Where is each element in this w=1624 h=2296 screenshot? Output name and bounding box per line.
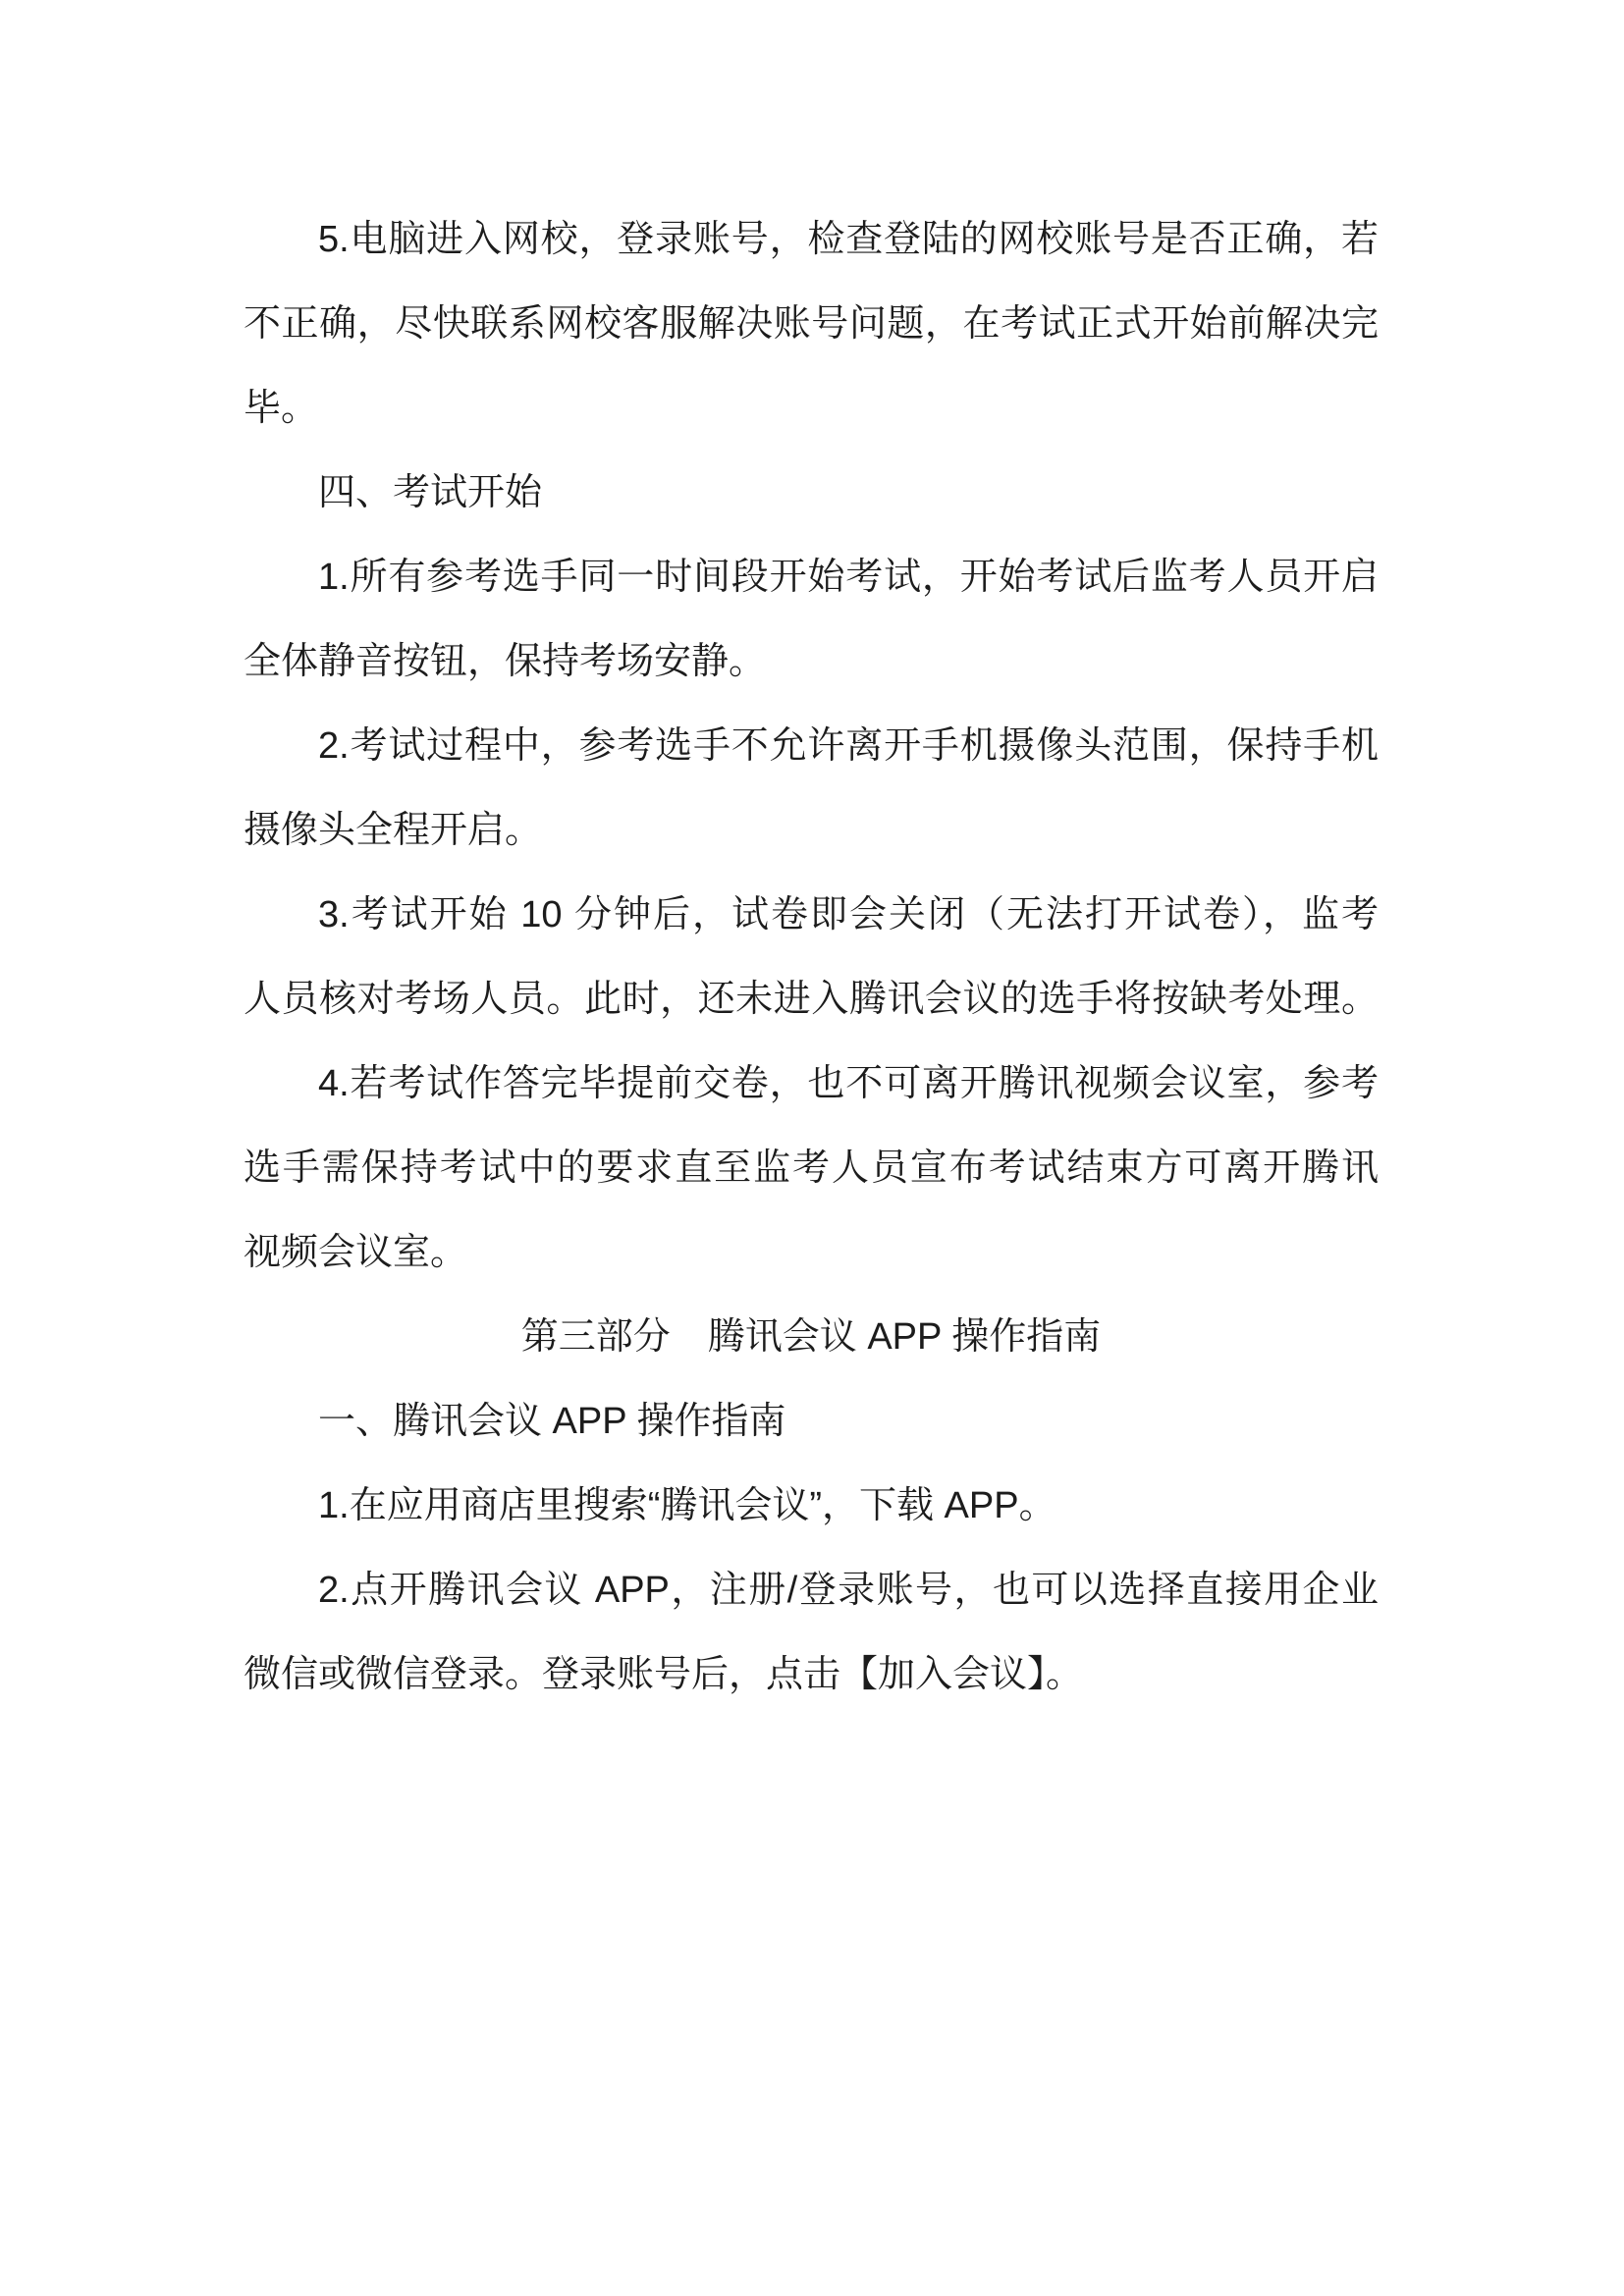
document-page: 5.电脑进入网校，登录账号，检查登陆的网校账号是否正确，若不正确，尽快联系网校客… bbox=[0, 0, 1624, 2296]
paragraph-line: 不正确，尽快联系网校客服解决账号问题，在考试正式开始前解决完 bbox=[244, 282, 1379, 366]
paragraph-line: 1.在应用商店里搜索“腾讯会议”，下载 APP。 bbox=[244, 1464, 1379, 1548]
document-body: 5.电脑进入网校，登录账号，检查登陆的网校账号是否正确，若不正确，尽快联系网校客… bbox=[244, 197, 1379, 1717]
section-heading: 第三部分 腾讯会议 APP 操作指南 bbox=[244, 1295, 1379, 1379]
paragraph-line: 2.点开腾讯会议 APP，注册/登录账号，也可以选择直接用企业 bbox=[244, 1548, 1379, 1632]
paragraph-line: 视频会议室。 bbox=[244, 1210, 1379, 1295]
paragraph-line: 1.所有参考选手同一时间段开始考试，开始考试后监考人员开启 bbox=[244, 535, 1379, 619]
paragraph-line: 毕。 bbox=[244, 366, 1379, 451]
paragraph-line: 全体静音按钮，保持考场安静。 bbox=[244, 619, 1379, 704]
paragraph-line: 选手需保持考试中的要求直至监考人员宣布考试结束方可离开腾讯 bbox=[244, 1126, 1379, 1210]
subsection-heading: 一、腾讯会议 APP 操作指南 bbox=[244, 1379, 1379, 1464]
paragraph-line: 微信或微信登录。登录账号后，点击【加入会议】。 bbox=[244, 1632, 1379, 1717]
paragraph-line: 2.考试过程中，参考选手不允许离开手机摄像头范围，保持手机 bbox=[244, 704, 1379, 788]
paragraph-line: 5.电脑进入网校，登录账号，检查登陆的网校账号是否正确，若 bbox=[244, 197, 1379, 282]
paragraph-line: 人员核对考场人员。此时，还未进入腾讯会议的选手将按缺考处理。 bbox=[244, 957, 1379, 1041]
paragraph-line: 3.考试开始 10 分钟后，试卷即会关闭（无法打开试卷），监考 bbox=[244, 873, 1379, 957]
paragraph-line: 摄像头全程开启。 bbox=[244, 788, 1379, 873]
subsection-heading: 四、考试开始 bbox=[244, 451, 1379, 535]
paragraph-line: 4.若考试作答完毕提前交卷，也不可离开腾讯视频会议室，参考 bbox=[244, 1041, 1379, 1126]
